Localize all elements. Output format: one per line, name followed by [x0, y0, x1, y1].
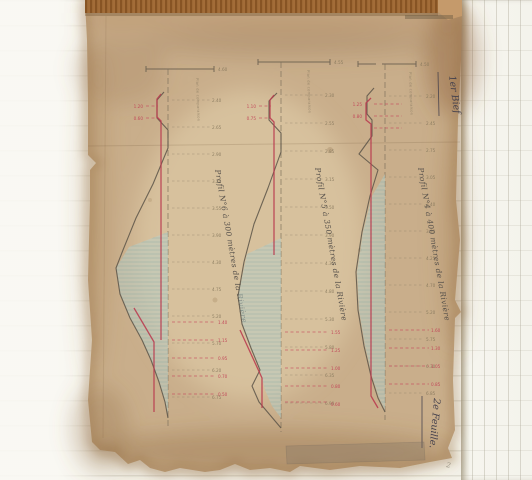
- svg-text:6.20: 6.20: [212, 368, 222, 373]
- svg-text:4.70: 4.70: [426, 283, 436, 288]
- svg-text:1.10: 1.10: [247, 104, 257, 109]
- svg-text:1.00: 1.00: [331, 366, 341, 371]
- scanned-ledger-background: 4.60 2.402.652.903.203.553.904.304.755.2…: [0, 0, 532, 480]
- svg-text:1.05: 1.05: [431, 364, 441, 369]
- svg-text:4.80: 4.80: [325, 289, 335, 294]
- drawing-sheet-scan: 4.60 2.402.652.903.203.553.904.304.755.2…: [0, 0, 532, 480]
- datum-label: 4.60: [218, 67, 228, 72]
- svg-text:0.60: 0.60: [134, 116, 144, 121]
- svg-text:2.90: 2.90: [212, 152, 222, 157]
- svg-text:1.55: 1.55: [331, 330, 341, 335]
- svg-text:0.80: 0.80: [353, 114, 363, 119]
- svg-text:1.40: 1.40: [218, 320, 228, 325]
- svg-text:1.25: 1.25: [331, 348, 341, 353]
- svg-text:1.25: 1.25: [353, 102, 363, 107]
- svg-text:2.55: 2.55: [325, 121, 335, 126]
- svg-text:1.20: 1.20: [134, 104, 144, 109]
- svg-text:2.85: 2.85: [325, 149, 335, 154]
- svg-text:5.75: 5.75: [426, 337, 436, 342]
- svg-text:0.75: 0.75: [247, 116, 257, 121]
- svg-text:6.85: 6.85: [426, 391, 436, 396]
- svg-text:3.90: 3.90: [212, 233, 222, 238]
- svg-text:0.95: 0.95: [218, 356, 228, 361]
- svg-text:1.60: 1.60: [431, 328, 441, 333]
- top-tape-shadow: [85, 13, 438, 16]
- svg-text:4.30: 4.30: [212, 260, 222, 265]
- svg-text:2.20: 2.20: [426, 94, 436, 99]
- svg-text:5.20: 5.20: [212, 314, 222, 319]
- svg-text:6.35: 6.35: [325, 373, 335, 378]
- svg-text:0.50: 0.50: [218, 392, 228, 397]
- svg-text:0.70: 0.70: [218, 374, 228, 379]
- svg-text:3.15: 3.15: [325, 177, 335, 182]
- svg-text:0.80: 0.80: [331, 384, 341, 389]
- datum-label: 4.55: [334, 60, 344, 65]
- svg-text:5.30: 5.30: [325, 317, 335, 322]
- svg-text:2.75: 2.75: [426, 148, 436, 153]
- datum-label: 4.50: [420, 62, 430, 67]
- svg-text:2.65: 2.65: [212, 125, 222, 130]
- top-right-smudge: [405, 15, 453, 19]
- svg-text:2.30: 2.30: [325, 93, 335, 98]
- svg-text:0.60: 0.60: [331, 402, 341, 407]
- svg-text:0.85: 0.85: [431, 382, 441, 387]
- bottom-tape-strip: [286, 442, 425, 464]
- svg-text:1.30: 1.30: [431, 346, 441, 351]
- svg-text:1.15: 1.15: [218, 338, 228, 343]
- svg-text:5.20: 5.20: [426, 310, 436, 315]
- svg-text:2.40: 2.40: [212, 98, 222, 103]
- top-tape-corrugated: [85, 0, 438, 13]
- svg-text:4.75: 4.75: [212, 287, 222, 292]
- svg-text:2.45: 2.45: [426, 121, 436, 126]
